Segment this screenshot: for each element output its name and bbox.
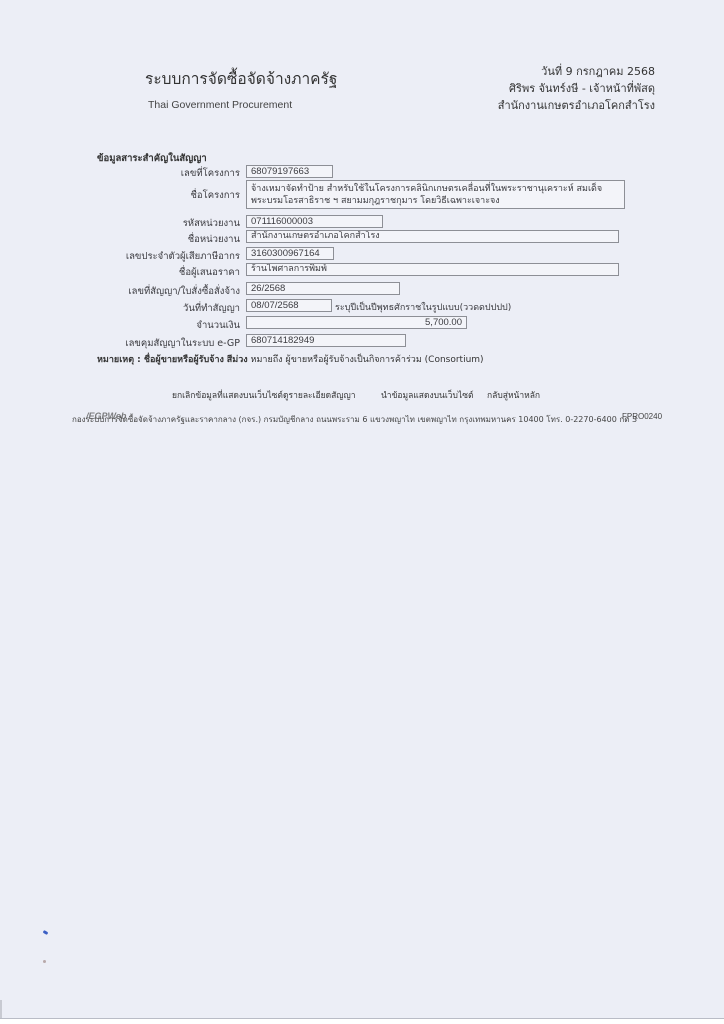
contract-no-field[interactable]: 26/2568 [246,282,400,295]
agency-code-field[interactable]: 071116000003 [246,215,383,228]
contract-date-field[interactable]: 08/07/2568 [246,299,332,312]
print-date: วันที่ 9 กรกฎาคม 2568 [498,63,655,80]
amount-label: จำนวนเงิน [196,318,240,333]
system-title: ระบบการจัดซื้อจัดจ้างภาครัฐ [145,66,337,91]
egp-no-label: เลขคุมสัญญาในระบบ e-GP [125,336,240,351]
egp-no-field[interactable]: 680714182949 [246,334,406,347]
amount-field[interactable]: 5,700.00 [246,316,467,329]
agency-code-label: รหัสหน่วยงาน [183,216,240,231]
paper-left-edge [0,1000,2,1018]
paper-bottom-edge [0,1018,724,1024]
user-info-block: วันที่ 9 กรกฎาคม 2568 ศิริพร จันทร์งษี -… [498,63,655,114]
note-highlight: สีม่วง [227,355,248,365]
note-suffix: หมายถึง ผู้ขายหรือผู้รับจ้างเป็นกิจการค้… [251,355,484,365]
project-no-field[interactable]: 68079197663 [246,165,333,178]
publish-link[interactable]: นำข้อมูลแสดงบนเว็บไซต์ [381,388,474,402]
user-agency: สำนักงานเกษตรอำเภอโคกสำโรง [498,97,655,114]
tax-id-field[interactable]: 3160300967164 [246,247,334,260]
project-name-field[interactable]: จ้างเหมาจัดทำป้าย สำหรับใช้ในโครงการคลิน… [246,180,625,209]
cancel-publish-link[interactable]: ยกเลิกข้อมูลที่แสดงบนเว็บไซต์ [172,388,283,402]
footer-address: กองระบบการจัดซื้อจัดจ้างภาครัฐและราคากลา… [72,413,637,426]
bidder-name-field[interactable]: ร้านไพศาลการพิมพ์ [246,263,619,276]
project-no-label: เลขที่โครงการ [181,166,240,181]
contract-no-label: เลขที่สัญญา/ใบสั่งซื้อสั่งจ้าง [128,284,240,299]
section-heading: ข้อมูลสาระสำคัญในสัญญา [97,151,207,166]
user-name-role: ศิริพร จันทร์งษี - เจ้าหน้าที่พัสดุ [498,80,655,97]
agency-name-label: ชื่อหน่วยงาน [188,232,240,247]
system-subtitle: Thai Government Procurement [148,99,292,111]
tax-id-label: เลขประจำตัวผู้เสียภาษีอากร [126,249,240,264]
page-code: FPRO0240 [622,412,662,421]
contract-date-label: วันที่ทำสัญญา [183,301,240,316]
date-format-hint: ระบุปีเป็นปีพุทธศักราชในรูปแบบ(ววดดปปปป) [335,300,511,314]
back-home-link[interactable]: กลับสู่หน้าหลัก [487,388,540,402]
view-contract-detail-link[interactable]: ดูรายละเอียดสัญญา [283,388,356,402]
bidder-name-label: ชื่อผู้เสนอราคา [179,265,240,280]
footer-url-overlay: /EGPWeb [86,411,126,421]
note-prefix: หมายเหตุ : ชื่อผู้ขายหรือผู้รับจ้าง [97,355,224,365]
agency-name-field[interactable]: สำนักงานเกษตรอำเภอโคกสำโรง [246,230,619,243]
dust-mark [43,960,46,963]
project-name-label: ชื่อโครงการ [190,188,240,203]
ink-mark [43,930,49,935]
consortium-note: หมายเหตุ : ชื่อผู้ขายหรือผู้รับจ้าง สีม่… [97,352,484,366]
